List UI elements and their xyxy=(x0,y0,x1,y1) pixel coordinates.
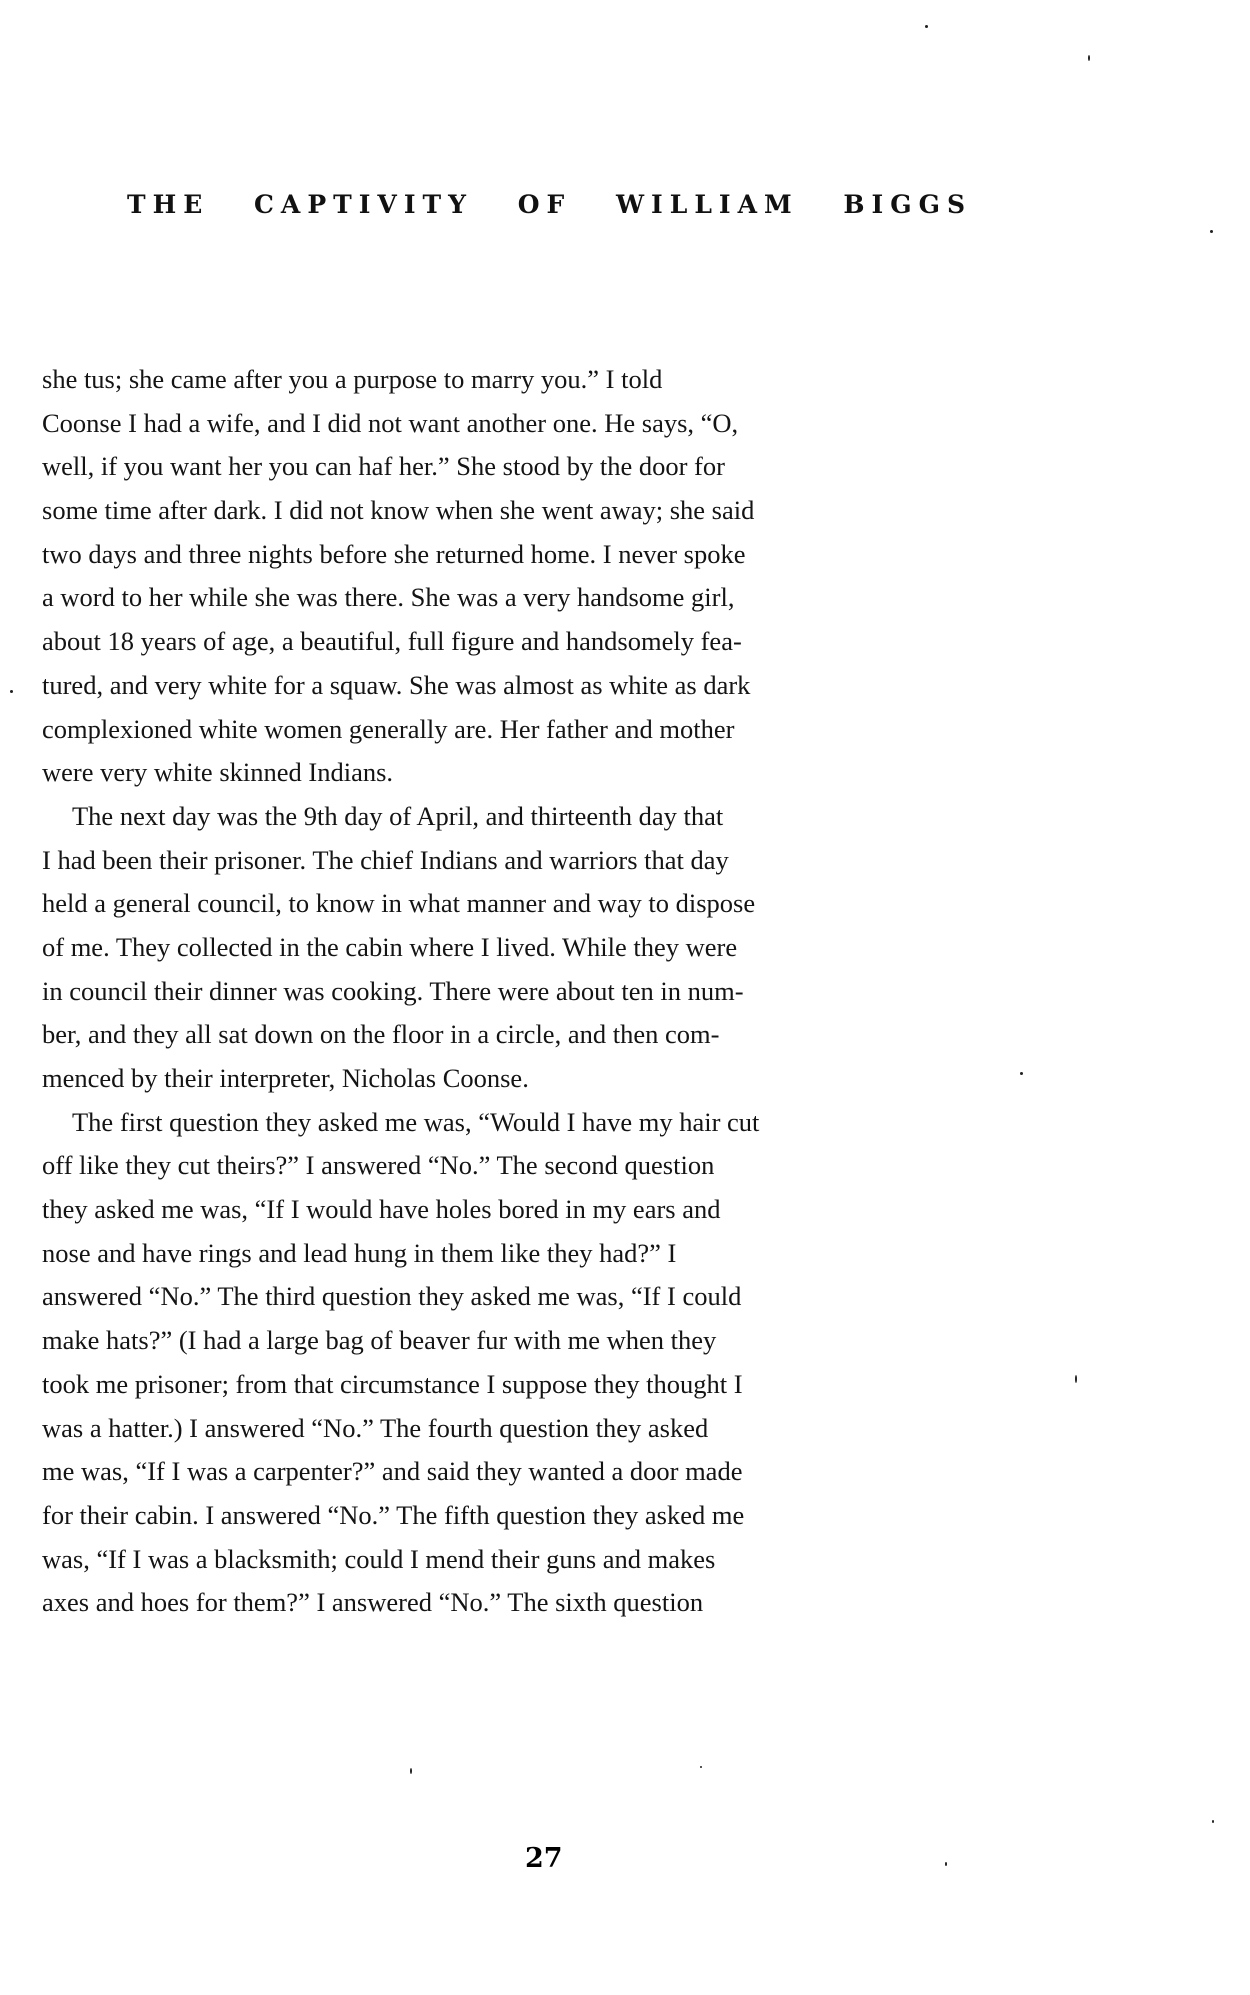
text-line: some time after dark. I did not know whe… xyxy=(42,489,1040,533)
text-line: make hats?” (I had a large bag of beaver… xyxy=(42,1319,1040,1363)
text-line: axes and hoes for them?” I answered “No.… xyxy=(42,1581,1040,1625)
text-line: off like they cut theirs?” I answered “N… xyxy=(42,1144,1040,1188)
text-line: ber, and they all sat down on the floor … xyxy=(42,1013,1040,1057)
scan-speck xyxy=(1075,1375,1077,1383)
text-line: about 18 years of age, a beautiful, full… xyxy=(42,620,1040,664)
text-line: The next day was the 9th day of April, a… xyxy=(42,795,1040,839)
text-line: nose and have rings and lead hung in the… xyxy=(42,1232,1040,1276)
text-line: The first question they asked me was, “W… xyxy=(42,1101,1040,1145)
text-line: took me prisoner; from that circumstance… xyxy=(42,1363,1040,1407)
text-line: was a hatter.) I answered “No.” The four… xyxy=(42,1407,1040,1451)
text-line: Coonse I had a wife, and I did not want … xyxy=(42,402,1040,446)
body-text: she tus; she came after you a purpose to… xyxy=(42,358,1040,1625)
scan-speck xyxy=(945,1862,947,1866)
scan-speck xyxy=(1212,1820,1214,1823)
text-line: of me. They collected in the cabin where… xyxy=(42,926,1040,970)
text-line: I had been their prisoner. The chief Ind… xyxy=(42,839,1040,883)
text-line: in council their dinner was cooking. The… xyxy=(42,970,1040,1014)
page-number: 27 xyxy=(525,1843,563,1874)
scan-speck xyxy=(10,690,13,693)
text-line: two days and three nights before she ret… xyxy=(42,533,1040,577)
scan-speck xyxy=(1020,1072,1023,1075)
text-line: answered “No.” The third question they a… xyxy=(42,1275,1040,1319)
text-line: complexioned white women generally are. … xyxy=(42,708,1040,752)
scan-speck xyxy=(700,1766,702,1768)
text-line: for their cabin. I answered “No.” The fi… xyxy=(42,1494,1040,1538)
text-line: was, “If I was a blacksmith; could I men… xyxy=(42,1538,1040,1582)
text-line: well, if you want her you can haf her.” … xyxy=(42,445,1040,489)
scan-speck xyxy=(410,1768,412,1774)
scan-speck xyxy=(925,25,928,28)
running-head: THE CAPTIVITY OF WILLIAM BIGGS xyxy=(127,190,972,219)
text-line: she tus; she came after you a purpose to… xyxy=(42,358,1040,402)
scan-speck xyxy=(1210,230,1213,233)
text-line: me was, “If I was a carpenter?” and said… xyxy=(42,1450,1040,1494)
text-line: held a general council, to know in what … xyxy=(42,882,1040,926)
scan-speck xyxy=(1088,55,1090,61)
text-line: they asked me was, “If I would have hole… xyxy=(42,1188,1040,1232)
text-line: tured, and very white for a squaw. She w… xyxy=(42,664,1040,708)
text-line: a word to her while she was there. She w… xyxy=(42,576,1040,620)
text-line: menced by their interpreter, Nicholas Co… xyxy=(42,1057,1040,1101)
text-line: were very white skinned Indians. xyxy=(42,751,1040,795)
